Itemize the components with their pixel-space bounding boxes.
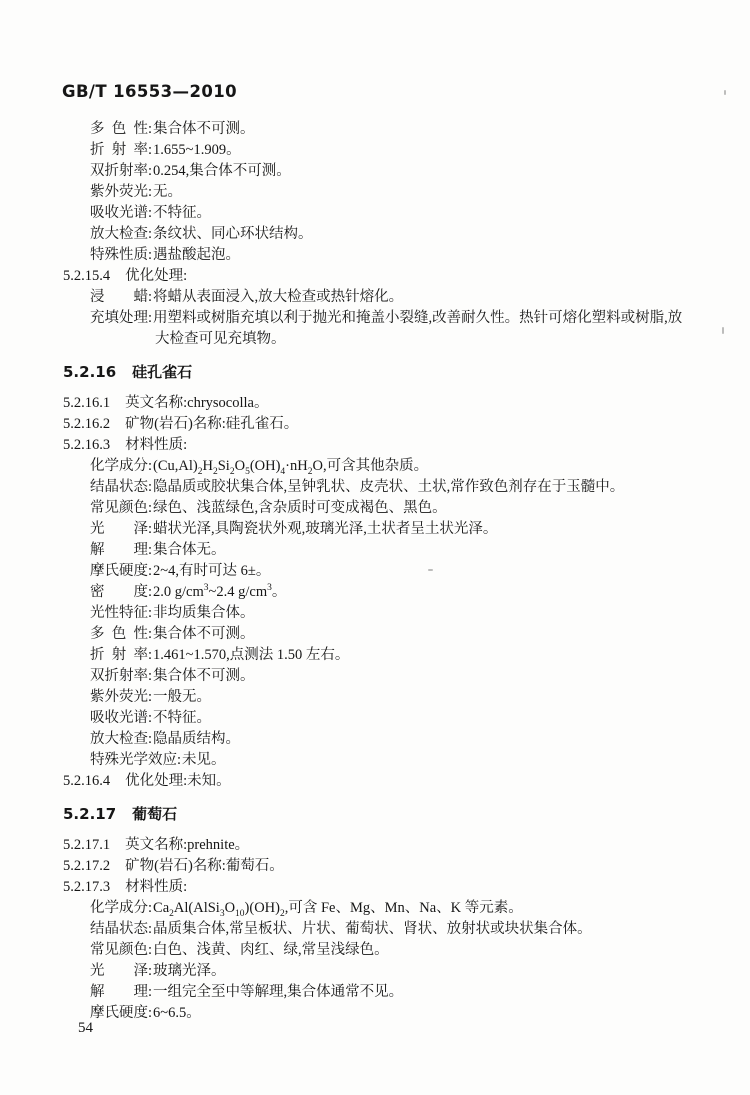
property-value: 一组完全至中等解理,集合体通常不见。	[153, 984, 403, 1000]
label-colon: :	[148, 226, 152, 242]
property-label: 吸收光谱	[90, 708, 148, 729]
property-label: 摩氏硬度	[90, 561, 148, 582]
numbered-clause: 5.2.17.1英文名称:prehnite。	[0, 835, 750, 856]
label-colon: :	[148, 921, 152, 937]
property-label: 密 度	[90, 582, 148, 603]
clause-text: 优化处理:	[125, 268, 187, 284]
property-line: 多 色 性:集合体不可测。	[0, 624, 750, 645]
property-label: 放大检查	[90, 224, 148, 245]
clause-number: 5.2.16.4	[63, 771, 110, 792]
clause-number: 5.2.17.1	[63, 835, 110, 856]
property-value: 未见。	[182, 752, 226, 768]
property-line: 双折射率:0.254,集合体不可测。	[0, 161, 750, 182]
property-value: 6~6.5。	[153, 1005, 201, 1021]
label-colon: :	[148, 942, 152, 958]
property-label: 特殊性质	[90, 245, 148, 266]
clause-number: 5.2.16.1	[63, 393, 110, 414]
property-line: 化学成分:(Cu,Al)2H2Si2O5(OH)4·nH2O,可含其他杂质。	[0, 456, 750, 477]
clause-number: 5.2.16	[63, 362, 116, 383]
property-line: 常见颜色:白色、浅黄、肉红、绿,常呈浅绿色。	[0, 940, 750, 961]
property-line: 光性特征:非均质集合体。	[0, 603, 750, 624]
clause-text: 矿物(岩石)名称:葡萄石。	[125, 858, 284, 874]
clause-number: 5.2.17	[63, 804, 116, 825]
property-value: 集合体不可测。	[153, 626, 255, 642]
property-label: 特殊光学效应	[90, 750, 177, 771]
property-value: Ca2Al(AlSi3O10)(OH)2,可含 Fe、Mg、Mn、Na、K 等元…	[153, 900, 523, 916]
property-line: 特殊光学效应:未见。	[0, 750, 750, 771]
document-body: 多 色 性:集合体不可测。折 射 率:1.655~1.909。双折射率:0.25…	[0, 119, 750, 1024]
property-label: 浸 蜡	[90, 287, 148, 308]
label-colon: :	[148, 605, 152, 621]
property-value: 0.254,集合体不可测。	[153, 163, 291, 179]
property-line: 吸收光谱:不特征。	[0, 708, 750, 729]
section-heading: 5.2.17葡萄石	[0, 804, 750, 825]
property-label: 紫外荧光	[90, 182, 148, 203]
numbered-clause: 5.2.17.3材料性质:	[0, 877, 750, 898]
clause-text: 材料性质:	[125, 879, 187, 895]
property-line: 解 理:集合体无。	[0, 540, 750, 561]
clause-text: 英文名称:prehnite。	[125, 837, 249, 853]
property-line: 密 度:2.0 g/cm3~2.4 g/cm3。	[0, 582, 750, 603]
property-label: 化学成分	[90, 456, 148, 477]
label-colon: :	[148, 289, 152, 305]
property-line: 光 泽:蜡状光泽,具陶瓷状外观,玻璃光泽,土状者呈土状光泽。	[0, 519, 750, 540]
property-value: 1.655~1.909。	[153, 142, 241, 158]
property-value: 一般无。	[153, 689, 211, 705]
property-label: 双折射率	[90, 161, 148, 182]
property-label: 结晶状态	[90, 477, 148, 498]
clause-number: 5.2.17.2	[63, 856, 110, 877]
label-colon: :	[148, 479, 152, 495]
label-colon: :	[148, 689, 152, 705]
label-colon: :	[148, 900, 152, 916]
property-line: 紫外荧光:无。	[0, 182, 750, 203]
property-label: 常见颜色	[90, 498, 148, 519]
numbered-clause: 5.2.16.4优化处理:未知。	[0, 771, 750, 792]
property-value: 玻璃光泽。	[153, 963, 226, 979]
property-label: 光 泽	[90, 519, 148, 540]
property-label: 解 理	[90, 540, 148, 561]
property-line: 充填处理:用塑料或树脂充填以利于抛光和掩盖小裂缝,改善耐久性。热针可熔化塑料或树…	[0, 308, 750, 329]
label-colon: :	[148, 184, 152, 200]
document-page: GB/T 16553—2010 多 色 性:集合体不可测。折 射 率:1.655…	[0, 0, 750, 1095]
property-line: 紫外荧光:一般无。	[0, 687, 750, 708]
property-line: 放大检查:条纹状、同心环状结构。	[0, 224, 750, 245]
clause-text: 矿物(岩石)名称:硅孔雀石。	[125, 416, 298, 432]
clause-number: 5.2.17.3	[63, 877, 110, 898]
label-colon: :	[148, 710, 152, 726]
property-line: 放大检查:隐晶质结构。	[0, 729, 750, 750]
label-colon: :	[148, 205, 152, 221]
label-colon: :	[148, 563, 152, 579]
label-colon: :	[148, 500, 152, 516]
property-value: 不特征。	[153, 205, 211, 221]
property-value: 遇盐酸起泡。	[153, 247, 240, 263]
label-colon: :	[148, 584, 152, 600]
property-label: 充填处理	[90, 308, 148, 329]
label-colon: :	[148, 668, 152, 684]
property-label: 放大检查	[90, 729, 148, 750]
property-value: 条纹状、同心环状结构。	[153, 226, 313, 242]
page-number: 54	[78, 1020, 93, 1037]
property-label: 折 射 率	[90, 645, 148, 666]
numbered-clause: 5.2.16.1英文名称:chrysocolla。	[0, 393, 750, 414]
property-label: 摩氏硬度	[90, 1003, 148, 1024]
scan-artifact	[428, 569, 433, 571]
property-line: 折 射 率:1.655~1.909。	[0, 140, 750, 161]
document-code: GB/T 16553—2010	[62, 82, 237, 101]
property-value: 隐晶质结构。	[153, 731, 240, 747]
label-colon: :	[148, 310, 152, 326]
numbered-clause: 5.2.16.2矿物(岩石)名称:硅孔雀石。	[0, 414, 750, 435]
numbered-clause: 5.2.17.2矿物(岩石)名称:葡萄石。	[0, 856, 750, 877]
numbered-clause: 5.2.16.3材料性质:	[0, 435, 750, 456]
property-value: 将蜡从表面浸入,放大检查或热针熔化。	[153, 289, 403, 305]
scan-artifact	[722, 327, 724, 334]
label-colon: :	[148, 647, 152, 663]
clause-number: 5.2.16.3	[63, 435, 110, 456]
property-line: 多 色 性:集合体不可测。	[0, 119, 750, 140]
property-value: 晶质集合体,常呈板状、片状、葡萄状、肾状、放射状或块状集合体。	[153, 921, 592, 937]
label-colon: :	[148, 984, 152, 1000]
label-colon: :	[177, 752, 181, 768]
property-label: 化学成分	[90, 898, 148, 919]
property-value: 蜡状光泽,具陶瓷状外观,玻璃光泽,土状者呈土状光泽。	[153, 521, 497, 537]
property-line: 光 泽:玻璃光泽。	[0, 961, 750, 982]
property-label: 解 理	[90, 982, 148, 1003]
property-value: 集合体不可测。	[153, 668, 255, 684]
property-value: 用塑料或树脂充填以利于抛光和掩盖小裂缝,改善耐久性。热针可熔化塑料或树脂,放	[153, 310, 682, 326]
property-line: 化学成分:Ca2Al(AlSi3O10)(OH)2,可含 Fe、Mg、Mn、Na…	[0, 898, 750, 919]
property-value: 1.461~1.570,点测法 1.50 左右。	[153, 647, 349, 663]
property-line: 浸 蜡:将蜡从表面浸入,放大检查或热针熔化。	[0, 287, 750, 308]
property-label: 结晶状态	[90, 919, 148, 940]
property-value: 隐晶质或胶状集合体,呈钟乳状、皮壳状、土状,常作致色剂存在于玉髓中。	[153, 479, 624, 495]
property-value: 2~4,有时可达 6±。	[153, 563, 270, 579]
property-value: 不特征。	[153, 710, 211, 726]
property-line: 摩氏硬度:6~6.5。	[0, 1003, 750, 1024]
clause-text: 英文名称:chrysocolla。	[125, 395, 268, 411]
property-label: 光 泽	[90, 961, 148, 982]
numbered-clause: 5.2.15.4优化处理:	[0, 266, 750, 287]
section-heading: 5.2.16硅孔雀石	[0, 362, 750, 383]
property-value: 绿色、浅蓝绿色,含杂质时可变成褐色、黑色。	[153, 500, 447, 516]
label-colon: :	[148, 626, 152, 642]
property-label: 折 射 率	[90, 140, 148, 161]
label-colon: :	[148, 247, 152, 263]
section-title: 葡萄石	[132, 805, 177, 823]
property-label: 光性特征	[90, 603, 148, 624]
property-line: 折 射 率:1.461~1.570,点测法 1.50 左右。	[0, 645, 750, 666]
label-colon: :	[148, 1005, 152, 1021]
clause-number: 5.2.16.2	[63, 414, 110, 435]
property-value: 2.0 g/cm3~2.4 g/cm3。	[153, 584, 286, 600]
continuation-line: 大检查可见充填物。	[0, 329, 750, 350]
property-value: 非均质集合体。	[153, 605, 255, 621]
property-line: 常见颜色:绿色、浅蓝绿色,含杂质时可变成褐色、黑色。	[0, 498, 750, 519]
section-title: 硅孔雀石	[132, 363, 192, 381]
label-colon: :	[148, 963, 152, 979]
property-label: 常见颜色	[90, 940, 148, 961]
property-value: 集合体无。	[153, 542, 226, 558]
clause-text: 材料性质:	[125, 437, 187, 453]
label-colon: :	[148, 458, 152, 474]
property-value: 集合体不可测。	[153, 121, 255, 137]
label-colon: :	[148, 731, 152, 747]
clause-text: 优化处理:未知。	[125, 773, 231, 789]
property-line: 结晶状态:隐晶质或胶状集合体,呈钟乳状、皮壳状、土状,常作致色剂存在于玉髓中。	[0, 477, 750, 498]
property-label: 多 色 性	[90, 624, 148, 645]
property-line: 双折射率:集合体不可测。	[0, 666, 750, 687]
scan-artifact	[724, 90, 726, 95]
property-line: 解 理:一组完全至中等解理,集合体通常不见。	[0, 982, 750, 1003]
label-colon: :	[148, 542, 152, 558]
clause-text: 大检查可见充填物。	[155, 331, 286, 347]
property-label: 吸收光谱	[90, 203, 148, 224]
property-value: 无。	[153, 184, 182, 200]
property-value: 白色、浅黄、肉红、绿,常呈浅绿色。	[153, 942, 389, 958]
property-label: 双折射率	[90, 666, 148, 687]
property-line: 摩氏硬度:2~4,有时可达 6±。	[0, 561, 750, 582]
clause-number: 5.2.15.4	[63, 266, 110, 287]
label-colon: :	[148, 142, 152, 158]
property-label: 多 色 性	[90, 119, 148, 140]
label-colon: :	[148, 521, 152, 537]
label-colon: :	[148, 121, 152, 137]
property-line: 结晶状态:晶质集合体,常呈板状、片状、葡萄状、肾状、放射状或块状集合体。	[0, 919, 750, 940]
property-line: 特殊性质:遇盐酸起泡。	[0, 245, 750, 266]
property-line: 吸收光谱:不特征。	[0, 203, 750, 224]
property-label: 紫外荧光	[90, 687, 148, 708]
property-value: (Cu,Al)2H2Si2O5(OH)4·nH2O,可含其他杂质。	[153, 458, 428, 474]
label-colon: :	[148, 163, 152, 179]
